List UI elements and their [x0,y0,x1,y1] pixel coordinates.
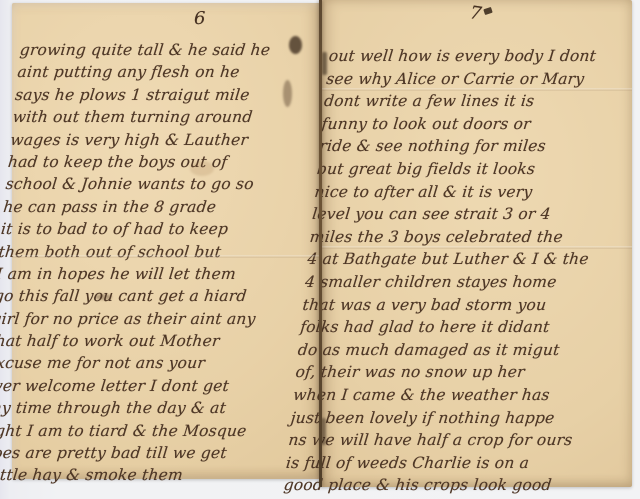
paper-crease [12,255,320,258]
letter-line: 4 smaller children stayes home [304,271,608,294]
paper-crease [321,246,632,249]
letter-line: see why Alice or Carrie or Mary [325,68,629,91]
letter-line: but great big fields it looks [316,158,620,181]
letter-line: girl for no price as their aint any [0,308,292,330]
ink-smudge [322,52,327,75]
letter-line: is full of weeds Charlie is on a [285,452,589,475]
letter-line: ns we will have half a crop for ours [287,429,591,452]
letter-line: go this fall you cant get a hiard [0,285,294,307]
page-fold-seam [319,0,322,487]
handwriting-block: growing quite tall & he said he aint put… [0,39,320,487]
letter-line: aint putting any flesh on he [16,61,317,83]
letter-line: he can pass in the 8 grade [2,196,303,218]
letter-line: excuse me for not ans your [0,352,287,374]
letter-line: do as much damaged as it migut [297,339,601,362]
letter-line: a little hay & smoke them [0,464,275,486]
letter-line: that was a very bad storm you [302,294,606,317]
letter-line: miles the 3 boys celebrated the [309,226,613,249]
letter-page-left: 6 growing quite tall & he said he aint p… [12,3,320,479]
letter-line: good place & his crops look good [283,474,587,497]
letter-line: dont write a few lines it is [323,90,627,113]
letter-line: any time through the day & at [0,397,282,419]
letter-line: I am in hopes he will let them [0,263,296,285]
letter-line: school & Johnie wants to go so [5,173,306,195]
letter-line: nice to after all & it is very [313,181,617,204]
letter-line: night I am to tiard & the Mosque [0,420,280,442]
letter-line: when I came & the weather has [292,384,596,407]
paper-crease [321,88,632,91]
letter-line: level you can see strait 3 or 4 [311,203,615,226]
letter-line: folks had glad to here it didant [299,316,603,339]
handwriting-block: out well how is every body I dont see wh… [283,45,632,497]
letter-line: 4 at Bathgate but Luther & I & the [306,248,610,271]
ink-blot [483,7,492,15]
ink-smudge [283,80,292,107]
ink-smudge [95,294,112,300]
letter-line: wages is very high & Lauther [9,129,310,151]
letter-line: etoes are pretty bad till we get [0,442,278,464]
letter-line: had to keep the boys out of [7,151,308,173]
letter-line: just been lovely if nothing happe [290,407,594,430]
letter-scan: { "scan": { "description": "Scanned two-… [0,0,640,499]
ink-smudge [289,36,302,54]
page-number: 6 [194,8,205,29]
letter-line: funny to look out doors or [321,113,625,136]
letter-line: it is to bad to of had to keep [0,218,301,240]
letter-page-right: 7 out well how is every body I dont see … [321,0,632,487]
page-number: 7 [469,2,483,24]
foxing-spot [190,161,214,176]
letter-line: that half to work out Mother [0,330,289,352]
letter-line: growing quite tall & he said he [19,39,320,61]
letter-line: ride & see nothing for miles [318,135,622,158]
letter-line: ever welcome letter I dont get [0,375,285,397]
letter-line: says he plows 1 straigut mile [14,84,315,106]
letter-line: out well how is every body I dont [328,45,632,68]
letter-line: with out them turning around [12,106,313,128]
letter-line: them both out of school but [0,241,299,263]
letter-line: of, their was no snow up her [294,361,598,384]
